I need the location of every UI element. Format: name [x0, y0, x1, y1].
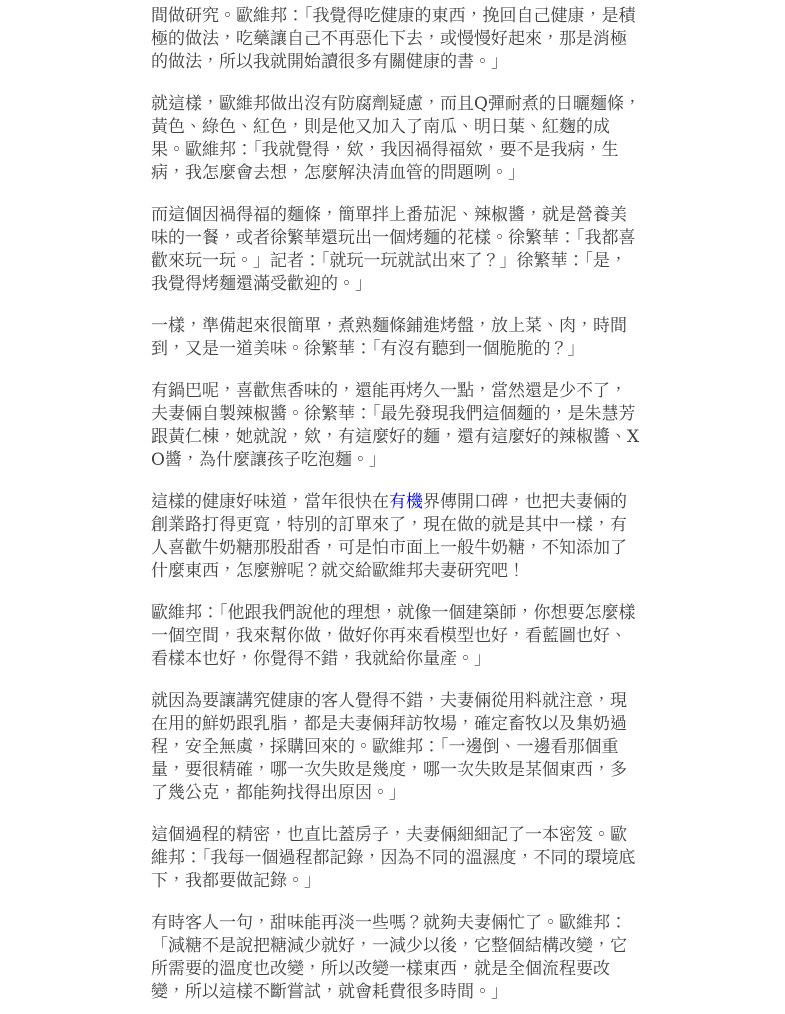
article-body: 間做研究。歐維邦：「我覺得吃健康的東西，挽回自己健康，是積極的做法，吃藥讓自己不… [151, 0, 641, 1004]
paragraph-6-text-pre: 這樣的健康好味道，當年很快在 [151, 492, 389, 512]
paragraph-5: 有鍋巴呢，喜歡焦香味的，還能再烤久一點，當然還是少不了，夫妻倆自製辣椒醬。徐繁華… [151, 380, 641, 472]
paragraph-8: 就因為要讓講究健康的客人覺得不錯，夫妻倆從用料就注意，現在用的鮮奶跟乳脂，都是夫… [151, 690, 641, 805]
paragraph-7: 歐維邦：「他跟我們說他的理想，就像一個建築師，你想要怎麼樣一個空間，我來幫你做，… [151, 602, 641, 671]
paragraph-3: 而這個因禍得福的麵條，簡單拌上番茄泥、辣椒醬，就是營養美味的一餐，或者徐繁華還玩… [151, 204, 641, 296]
paragraph-9: 這個過程的精密，也直比蓋房子，夫妻倆細細記了一本密笈。歐維邦：「我每一個過程都記… [151, 824, 641, 893]
paragraph-2: 就這樣，歐維邦做出沒有防腐劑疑慮，而且Q彈耐煮的日曬麵條，黃色、綠色、紅色，則是… [151, 93, 641, 185]
paragraph-1: 間做研究。歐維邦：「我覺得吃健康的東西，挽回自己健康，是積極的做法，吃藥讓自己不… [151, 5, 641, 74]
paragraph-6: 這樣的健康好味道，當年很快在有機界傳開口碑，也把夫妻倆的創業路打得更寬，特別的訂… [151, 491, 641, 583]
paragraph-10: 有時客人一句，甜味能再淡一些嗎？就夠夫妻倆忙了。歐維邦：「減糖不是說把糖減少就好… [151, 912, 641, 1004]
paragraph-4: 一樣，準備起來很簡單，煮熟麵條鋪進烤盤，放上菜、肉，時間到，又是一道美味。徐繁華… [151, 315, 641, 361]
organic-link[interactable]: 有機 [389, 492, 423, 512]
